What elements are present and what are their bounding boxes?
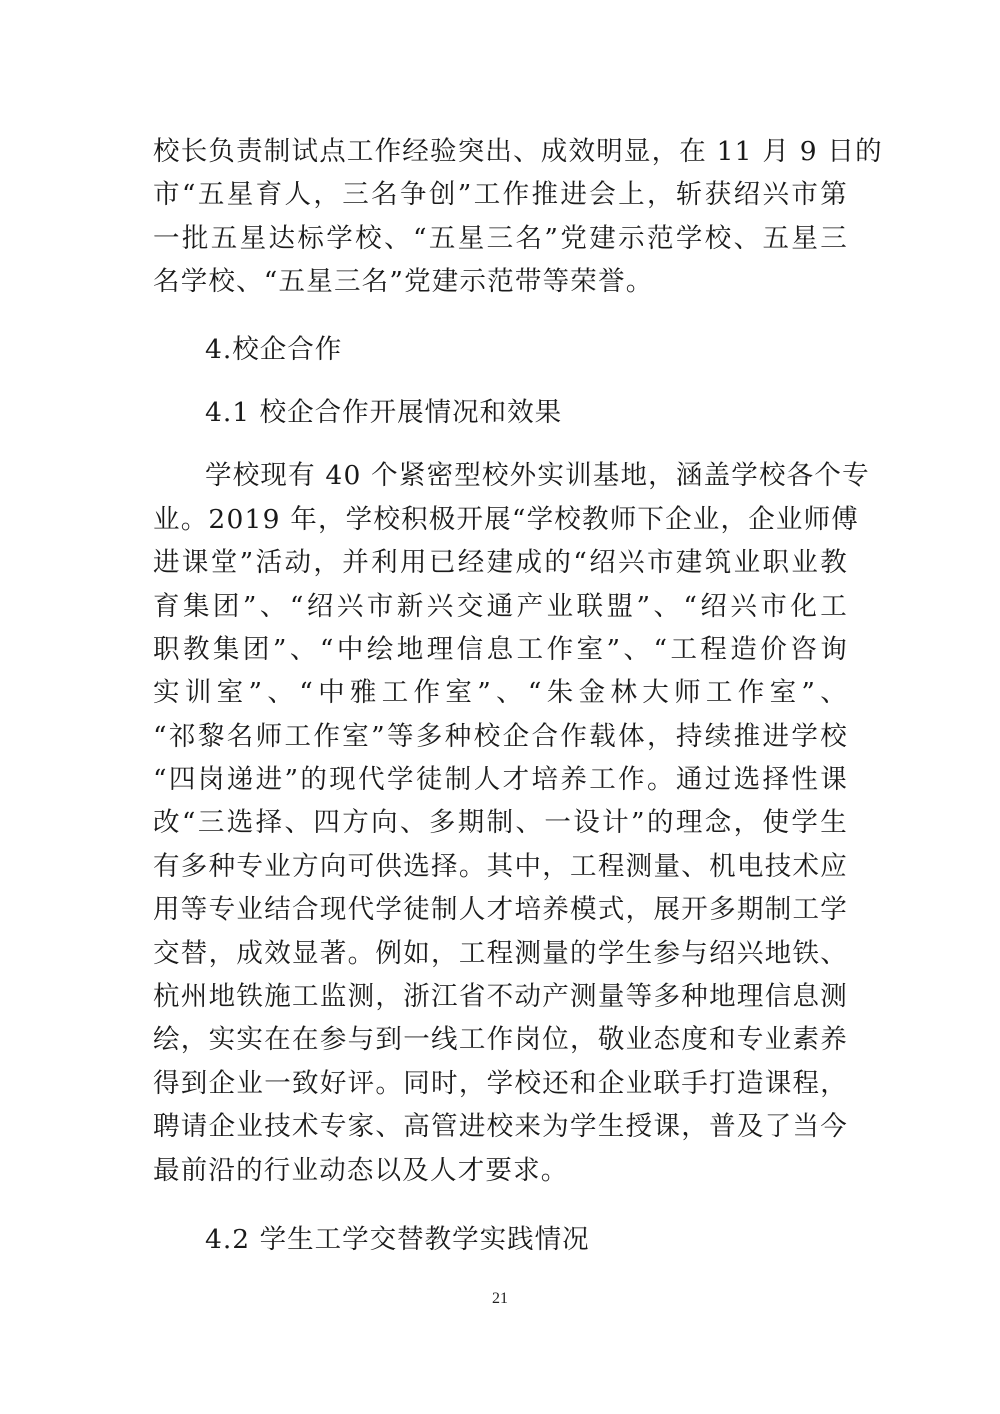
text-line: “四岗递进”的现代学徒制人才培养工作。通过选择性课 (153, 758, 848, 801)
text-line: 得到企业一致好评。同时，学校还和企业联手打造课程， (153, 1062, 848, 1105)
text-line: 杭州地铁施工监测，浙江省不动产测量等多种地理信息测 (153, 975, 848, 1018)
text-line: 实训室”、“中雅工作室”、“朱金林大师工作室”、 (153, 671, 848, 714)
text-line: 育集团”、“绍兴市新兴交通产业联盟”、“绍兴市化工 (153, 585, 848, 628)
text-line: 进课堂”活动，并利用已经建成的“绍兴市建筑业职业教 (153, 541, 848, 584)
document-page: 校长负责制试点工作经验突出、成效明显，在 11 月 9 日的 市“五星育人，三名… (0, 0, 1000, 1414)
text-line: 改“三选择、四方向、多期制、一设计”的理念，使学生 (153, 801, 848, 844)
text-line: 有多种专业方向可供选择。其中，工程测量、机电技术应 (153, 845, 848, 888)
text-line: 市“五星育人，三名争创”工作推进会上，斩获绍兴市第 (153, 173, 848, 216)
section-heading-4-1: 4.1 校企合作开展情况和效果 (153, 391, 848, 434)
text-line: 一批五星达标学校、“五星三名”党建示范学校、五星三 (153, 217, 848, 260)
text-line: 校长负责制试点工作经验突出、成效明显，在 11 月 9 日的 (153, 130, 848, 173)
text-line: 交替，成效显著。例如，工程测量的学生参与绍兴地铁、 (153, 932, 848, 975)
section-heading-4: 4.校企合作 (153, 328, 848, 371)
text-line: 业。2019 年，学校积极开展“学校教师下企业，企业师傅 (153, 498, 848, 541)
text-line: 学校现有 40 个紧密型校外实训基地，涵盖学校各个专 (153, 454, 848, 497)
text-line: 聘请企业技术专家、高管进校来为学生授课，普及了当今 (153, 1105, 848, 1148)
section-4-1-paragraph: 学校现有 40 个紧密型校外实训基地，涵盖学校各个专 业。2019 年，学校积极… (153, 454, 848, 1192)
page-number: 21 (0, 1290, 1000, 1308)
intro-paragraph: 校长负责制试点工作经验突出、成效明显，在 11 月 9 日的 市“五星育人，三名… (153, 130, 848, 304)
text-line: 职教集团”、“中绘地理信息工作室”、“工程造价咨询 (153, 628, 848, 671)
text-line: “祁黎名师工作室”等多种校企合作载体，持续推进学校 (153, 715, 848, 758)
section-heading-4-2: 4.2 学生工学交替教学实践情况 (153, 1218, 848, 1261)
text-line: 用等专业结合现代学徒制人才培养模式，展开多期制工学 (153, 888, 848, 931)
text-line: 最前沿的行业动态以及人才要求。 (153, 1149, 848, 1192)
text-line: 绘，实实在在参与到一线工作岗位，敬业态度和专业素养 (153, 1018, 848, 1061)
text-line: 名学校、“五星三名”党建示范带等荣誉。 (153, 260, 848, 303)
page-content: 校长负责制试点工作经验突出、成效明显，在 11 月 9 日的 市“五星育人，三名… (153, 130, 848, 1261)
